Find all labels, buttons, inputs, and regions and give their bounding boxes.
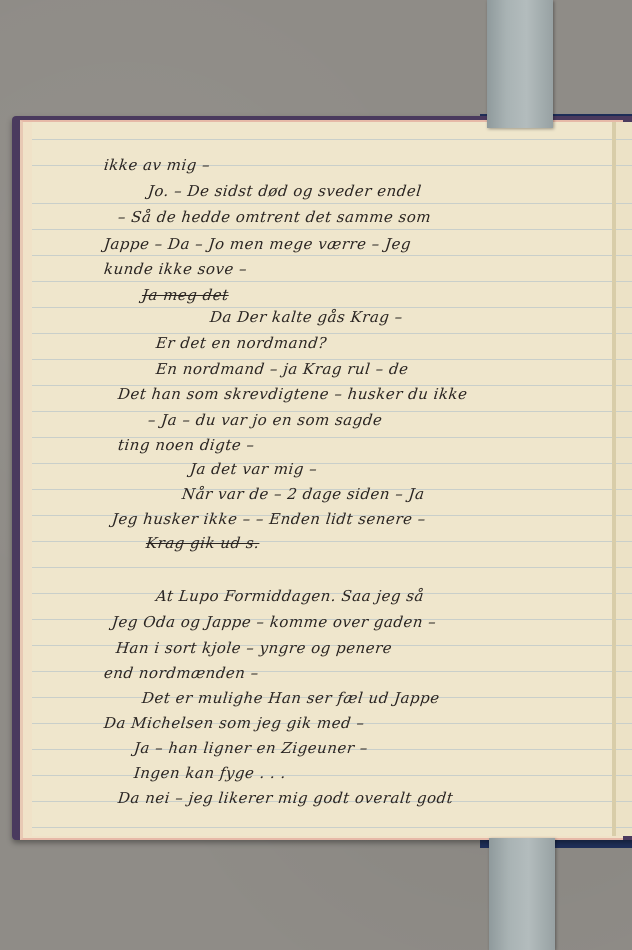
handwritten-line: Når var de – 2 dage siden – Ja [181, 485, 426, 503]
handwritten-line: end nordmænden – [103, 664, 260, 682]
handwritten-line: Det er mulighe Han ser fæl ud Jappe [141, 689, 441, 707]
handwritten-line: – Ja – du var jo en som sagde [147, 411, 383, 429]
handwritten-line: kunde ikke sove – [103, 260, 248, 278]
handwritten-line: – Så de hedde omtrent det samme som [117, 208, 432, 226]
handwritten-line: Da nei – jeg likerer mig godt overalt go… [117, 789, 454, 807]
ribbon-bookmark-bottom [489, 838, 555, 950]
handwritten-line: Da Michelsen som jeg gik med – [103, 714, 365, 732]
handwritten-line: ting noen digte – [117, 436, 255, 454]
handwritten-line: Ja – han ligner en Zigeuner – [133, 739, 369, 757]
handwritten-line: Jeg Oda og Jappe – komme over gaden – [111, 613, 437, 631]
handwritten-line: Krag gik ud s. [145, 534, 260, 552]
handwritten-line: Ja det var mig – [189, 460, 318, 478]
handwritten-line: Jappe – Da – Jo men mege værre – Jeg [103, 235, 412, 253]
handwritten-line: Det han som skrevdigtene – husker du ikk… [117, 385, 468, 403]
handwritten-line: Ingen kan fyge . . . [133, 764, 287, 782]
handwritten-line: Da Der kalte gås Krag – [209, 308, 404, 326]
ribbon-bookmark-top [487, 0, 553, 128]
handwritten-line: Ja meg det [141, 286, 230, 304]
handwritten-line: Er det en nordmand? [155, 334, 328, 352]
facing-page-edge [616, 122, 632, 836]
handwritten-line: Han i sort kjole – yngre og penere [115, 639, 393, 657]
handwritten-line: Jeg husker ikke – – Enden lidt senere – [111, 510, 427, 528]
handwritten-line: En nordmand – ja Krag rul – de [155, 360, 409, 378]
handwritten-line: ikke av mig – [103, 156, 211, 174]
handwritten-line: Jo. – De sidst død og sveder endel [147, 182, 422, 200]
handwritten-line: At Lupo Formiddagen. Saa jeg så [155, 587, 425, 605]
